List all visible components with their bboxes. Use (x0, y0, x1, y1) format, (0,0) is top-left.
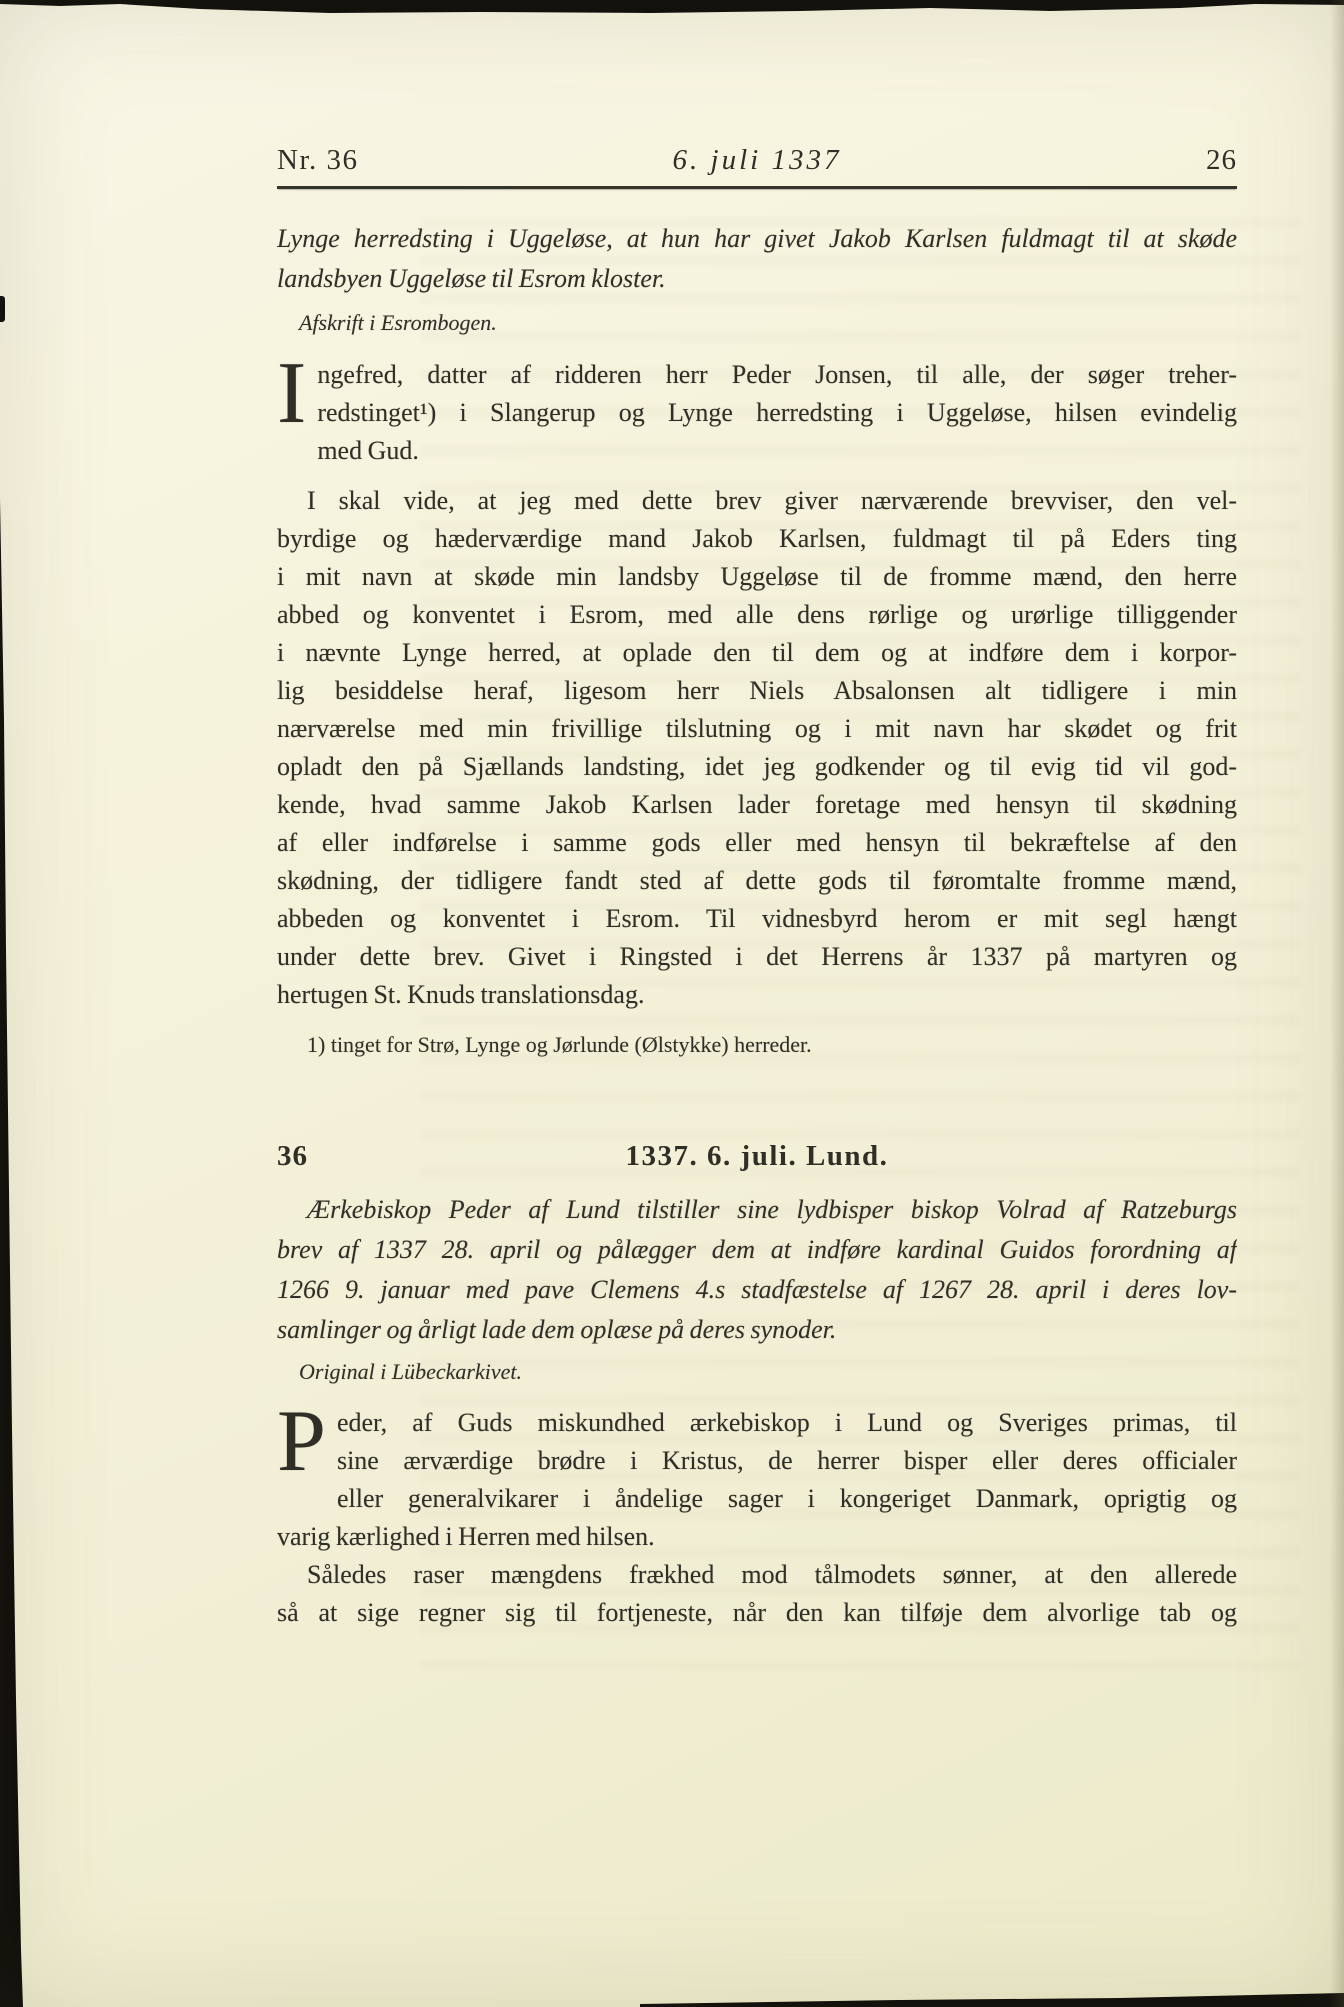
text-line: under dette brev. Givet i Ringsted i det… (277, 938, 1237, 976)
text-line: så at sige regner sig til fortjeneste, n… (277, 1594, 1237, 1632)
text-line: kende, hvad samme Jakob Karlsen lader fo… (277, 786, 1237, 824)
paper-edge-shadow (1330, 0, 1344, 2007)
text-line: redstinget¹) i Slangerup og Lynge herred… (317, 394, 1237, 432)
header-page-number: 26 (997, 140, 1237, 180)
text-line: Lynge herredsting i Uggeløse, at hun har… (277, 219, 1237, 259)
text-line: ngefred, datter af ridderen herr Peder J… (317, 356, 1237, 394)
text-line: hertugen St. Knuds translationsdag. (277, 976, 1237, 1014)
entry36-heading: 1337. 6. juli. Lund. (277, 1136, 1237, 1176)
text-line: samlinger og årligt lade dem oplæse på d… (277, 1310, 1237, 1350)
text-line: abbed og konventet i Esrom, med alle den… (277, 596, 1237, 634)
entry35-opening-paragraph: I ngefred, datter af ridderen herr Peder… (277, 356, 1237, 470)
scan-border-bottom (0, 1988, 1344, 2007)
entry36-opening-paragraph: P eder, af Guds miskundhed ærkebiskop i … (277, 1404, 1237, 1556)
entry35-footnote: 1) tinget for Strø, Lynge og Jørlunde (Ø… (277, 1030, 1237, 1060)
entry35-summary: Lynge herredsting i Uggeløse, at hun har… (277, 219, 1237, 299)
text-line: med Gud. (317, 432, 1237, 470)
book-page: Nr. 36 6. juli 1337 26 Lynge herredsting… (0, 0, 1344, 2007)
text-line: eder, af Guds miskundhed ærkebiskop i Lu… (337, 1404, 1237, 1442)
text-line: af eller indførelse i samme gods eller m… (277, 824, 1237, 862)
entry36-source-note: Original i Lübeckarkivet. (277, 1357, 522, 1387)
text-line: lig besiddelse heraf, ligesom herr Niels… (277, 672, 1237, 710)
scan-border-top (0, 0, 1344, 16)
scan-mark-left-edge (0, 296, 5, 322)
text-line: i nævnte Lynge herred, at oplade den til… (277, 634, 1237, 672)
text-line: 1266 9. januar med pave Clemens 4.s stad… (277, 1270, 1237, 1310)
header-rule (277, 186, 1237, 189)
entry36-number: 36 (277, 1136, 308, 1176)
text-line: I skal vide, at jeg med dette brev giver… (277, 482, 1237, 520)
entry36-summary: Ærkebiskop Peder af Lund tilstiller sine… (277, 1190, 1237, 1350)
text-line: byrdige og hæderværdige mand Jakob Karls… (277, 520, 1237, 558)
text-line: brev af 1337 28. april og pålægger dem a… (277, 1230, 1237, 1270)
text-line: eller generalvikarer i åndelige sager i … (337, 1480, 1237, 1518)
text-line: varig kærlighed i Herren med hilsen. (277, 1518, 1237, 1556)
header-date: 6. juli 1337 (517, 140, 997, 180)
text-line: Ærkebiskop Peder af Lund tilstiller sine… (277, 1190, 1237, 1230)
text-line: nærværelse med min frivillige tilslutnin… (277, 710, 1237, 748)
entry35-body-paragraph: I skal vide, at jeg med dette brev giver… (277, 482, 1237, 1014)
dropcap-initial-i: I (277, 359, 306, 433)
dropcap-initial-p: P (277, 1407, 326, 1481)
text-line: sine ærværdige brødre i Kristus, de herr… (337, 1442, 1237, 1480)
text-line: skødning, der tidligere fandt sted af de… (277, 862, 1237, 900)
text-line: landsbyen Uggeløse til Esrom kloster. (277, 259, 1237, 299)
text-line: abbeden og konventet i Esrom. Til vidnes… (277, 900, 1237, 938)
text-line: i mit navn at skøde min landsby Uggeløse… (277, 558, 1237, 596)
entry35-source-note: Afskrift i Esrombogen. (277, 308, 497, 338)
entry36-body-paragraph: Således raser mængdens frækhed mod tålmo… (277, 1556, 1237, 1632)
header-doc-number: Nr. 36 (277, 140, 517, 180)
text-line: Således raser mængdens frækhed mod tålmo… (277, 1556, 1237, 1594)
running-header: Nr. 36 6. juli 1337 26 (277, 140, 1237, 180)
entry36-header: 1337. 6. juli. Lund. 36 (277, 1136, 1237, 1176)
text-line: opladt den på Sjællands landsting, idet … (277, 748, 1237, 786)
